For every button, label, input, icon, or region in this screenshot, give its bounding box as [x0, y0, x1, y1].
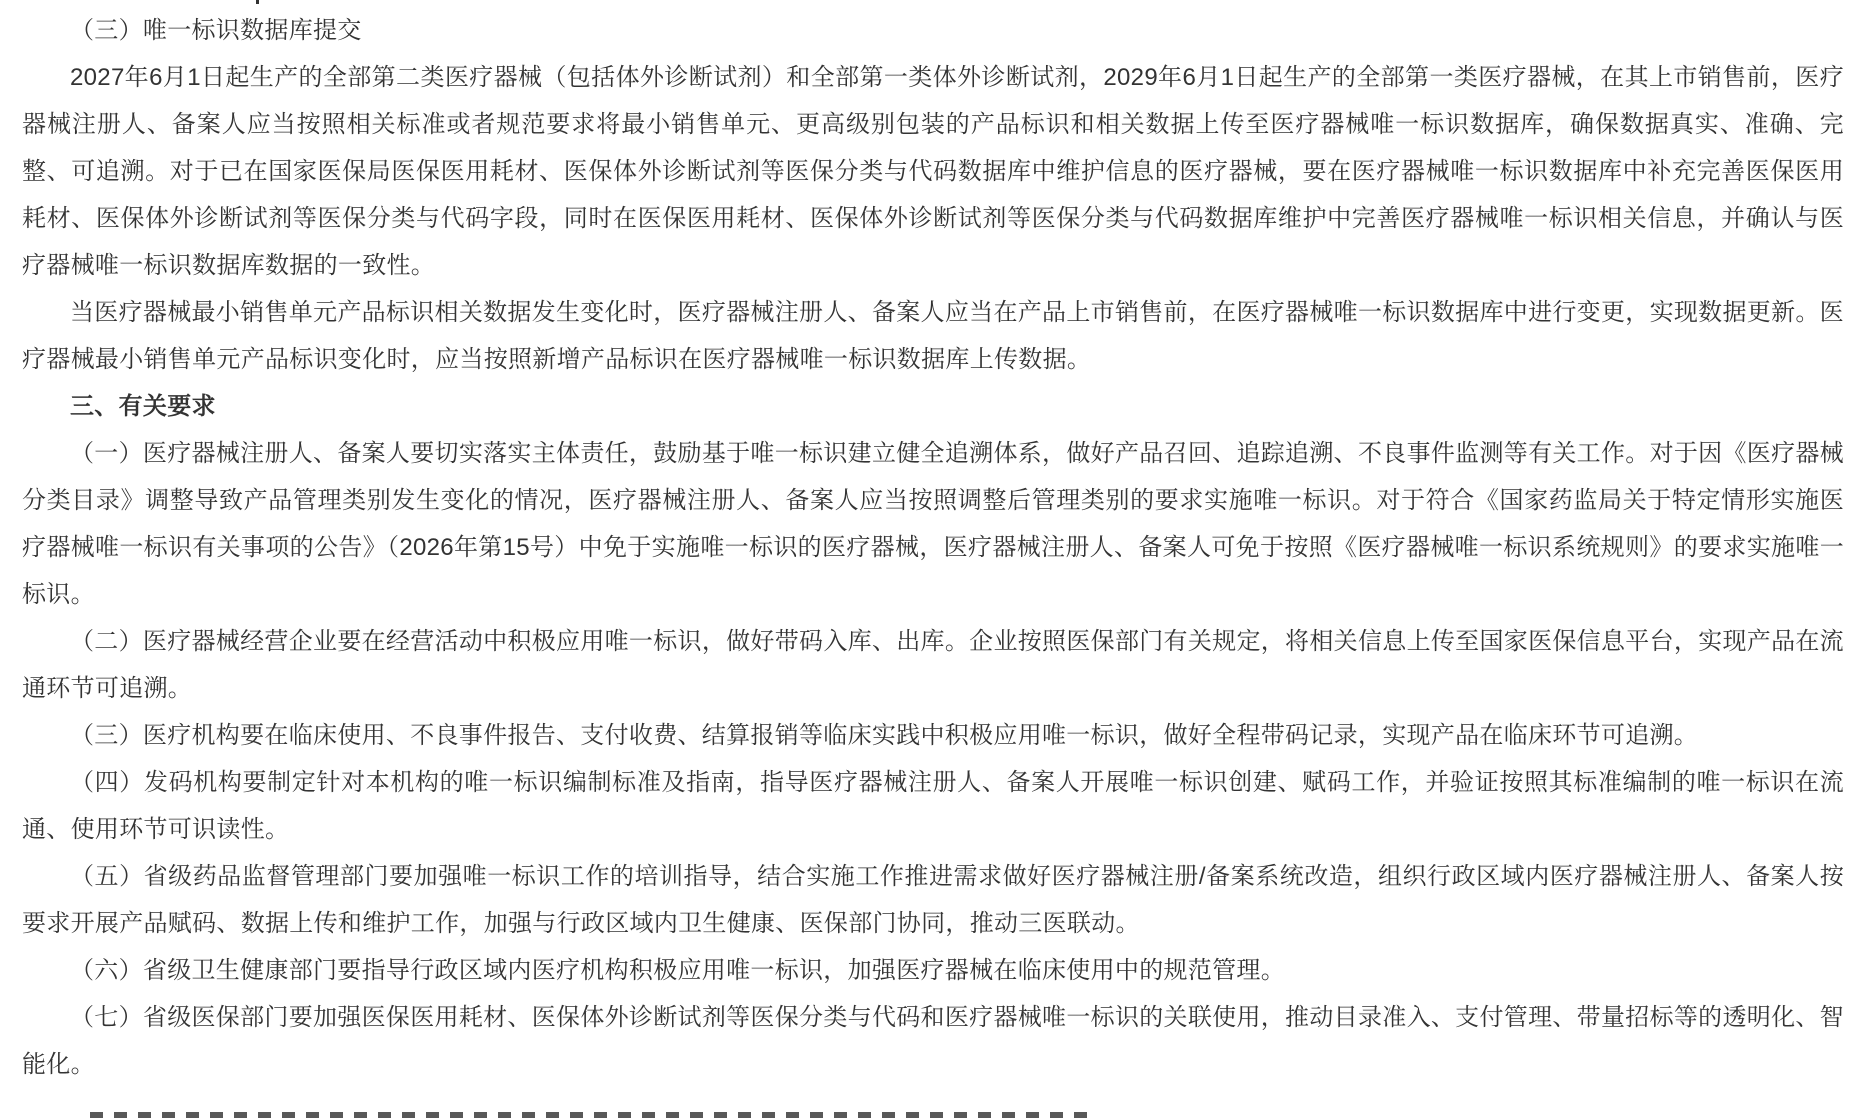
- paragraph-item-7-provincial-medical-insurance: （七）省级医保部门要加强医保医用耗材、医保体外诊断试剂等医保分类与代码和医疗器械…: [22, 994, 1844, 1088]
- clipped-next-line-fragment: [90, 1112, 1090, 1118]
- paragraph-item-5-provincial-drug-regulators: （五）省级药品监督管理部门要加强唯一标识工作的培训指导，结合实施工作推进需求做好…: [22, 853, 1844, 947]
- paragraph-udi-data-change-update: 当医疗器械最小销售单元产品标识相关数据发生变化时，医疗器械注册人、备案人应当在产…: [22, 289, 1844, 383]
- paragraph-item-4-issuing-agencies: （四）发码机构要制定针对本机构的唯一标识编制标准及指南，指导医疗器械注册人、备案…: [22, 759, 1844, 853]
- paragraph-item-1-registrants-responsibility: （一）医疗器械注册人、备案人要切实落实主体责任，鼓励基于唯一标识建立健全追溯体系…: [22, 430, 1844, 618]
- document-page: （三）唯一标识数据库提交 2027年6月1日起生产的全部第二类医疗器械（包括体外…: [0, 0, 1870, 1118]
- paragraph-item-3-medical-institutions: （三）医疗机构要在临床使用、不良事件报告、支付收费、结算报销等临床实践中积极应用…: [22, 712, 1844, 759]
- paragraph-udi-database-upload-requirements: 2027年6月1日起生产的全部第二类医疗器械（包括体外诊断试剂）和全部第一类体外…: [22, 54, 1844, 289]
- clipped-previous-line-fragment: [256, 0, 259, 4]
- section-heading-related-requirements: 三、有关要求: [22, 383, 1844, 430]
- paragraph-item-6-provincial-health-departments: （六）省级卫生健康部门要指导行政区域内医疗机构积极应用唯一标识，加强医疗器械在临…: [22, 947, 1844, 994]
- subsection-heading-udi-database-submission: （三）唯一标识数据库提交: [22, 7, 1844, 54]
- paragraph-item-2-distribution-enterprises: （二）医疗器械经营企业要在经营活动中积极应用唯一标识，做好带码入库、出库。企业按…: [22, 618, 1844, 712]
